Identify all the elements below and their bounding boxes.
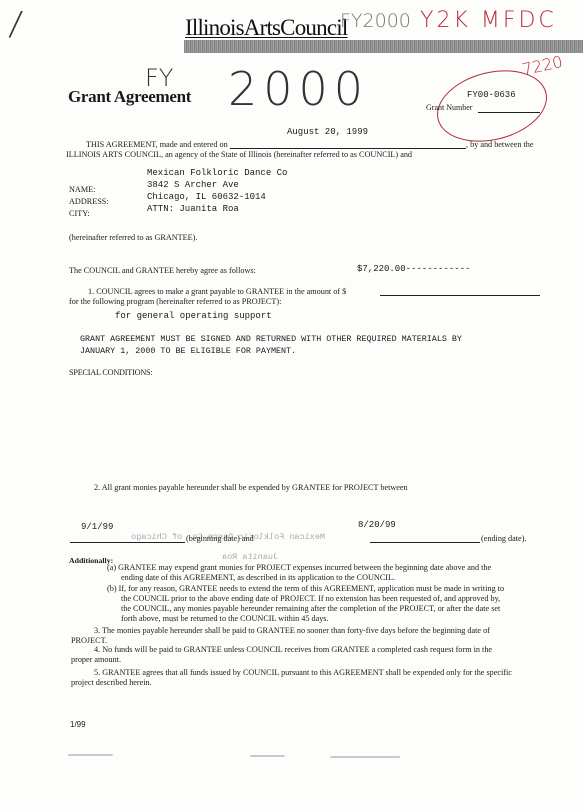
handwritten-fy2000-pencil: FY2000	[340, 10, 411, 32]
intro-line-2: ILLINOIS ARTS COUNCIL, an agency of the …	[66, 150, 412, 161]
grantee-city: Chicago, IL 60632-1014	[147, 192, 266, 202]
clause-4-line-1: 4. No funds will be paid to GRANTEE unle…	[94, 645, 492, 656]
clause-2b-line-4: forth above, must be returned to the COU…	[121, 614, 329, 625]
notice-line-2: JANUARY 1, 2000 TO BE ELIGIBLE FOR PAYME…	[80, 346, 296, 356]
ending-date-line	[370, 542, 480, 543]
clause-1b: for the following program (hereinafter r…	[69, 297, 281, 308]
city-label: CITY:	[69, 209, 90, 220]
name-label: NAME:	[69, 185, 95, 196]
ending-date-value: 8/20/99	[358, 520, 396, 530]
intro-line-1b: , by and between the	[466, 140, 534, 151]
intro-line-1a: THIS AGREEMENT, made and entered on	[86, 140, 228, 151]
clause-4-line-2: proper amount.	[71, 655, 121, 666]
beginning-date-line	[70, 542, 185, 543]
notice-line-1: GRANT AGREEMENT MUST BE SIGNED AND RETUR…	[80, 334, 462, 344]
clause-2b-line-2: the COUNCIL prior to the above ending da…	[121, 594, 500, 605]
handwritten-y2k-mfdc: Y2K MFDC	[420, 8, 557, 33]
clause-2a-line-2: ending date of this AGREEMENT, as descri…	[121, 573, 395, 584]
program-description: for general operating support	[115, 311, 272, 321]
grant-number-value: FY00-0636	[467, 90, 516, 100]
handwritten-fy: FY	[145, 64, 173, 92]
grant-amount-line	[380, 295, 540, 296]
illinois-arts-council-logo: IllinoisArtsCouncil	[185, 15, 347, 41]
special-conditions-heading: SPECIAL CONDITIONS:	[69, 368, 152, 379]
agreement-date: August 20, 1999	[287, 127, 368, 137]
ending-date-label: (ending date).	[481, 534, 526, 545]
scan-artifact-3	[330, 756, 400, 758]
grant-number-label: Grant Number	[426, 103, 472, 112]
scan-artifact-2	[250, 755, 285, 757]
handwritten-slash-mark: /	[7, 3, 24, 44]
clause-2b-line-1: (b) If, for any reason, GRANTEE needs to…	[107, 584, 504, 595]
clause-2: 2. All grant monies payable hereunder sh…	[94, 483, 408, 494]
grant-number-line	[478, 112, 540, 113]
handwritten-2000: 2000	[228, 62, 369, 116]
beginning-date-value: 9/1/99	[81, 522, 113, 532]
agreement-date-line	[230, 148, 466, 149]
grantee-reference: (hereinafter referred to as GRANTEE).	[69, 233, 197, 244]
agree-intro: The COUNCIL and GRANTEE hereby agree as …	[69, 266, 256, 277]
header-banner-bar	[184, 40, 583, 53]
address-label: ADDRESS:	[69, 197, 109, 208]
clause-5-line-2: project described herein.	[71, 678, 152, 689]
bleed-through-text-2: Juanita Roa	[222, 552, 278, 562]
form-revision-code: 1/99	[70, 720, 86, 729]
scan-artifact-1	[68, 754, 113, 756]
beginning-date-label: (beginning date) and	[186, 534, 254, 545]
grantee-address: 3842 S Archer Ave	[147, 180, 239, 190]
clause-1a: 1. COUNCIL agrees to make a grant payabl…	[88, 287, 346, 298]
clause-5-line-1: 5. GRANTEE agrees that all funds issued …	[94, 668, 512, 679]
grantee-name: Mexican Folkloric Dance Co	[147, 168, 287, 178]
grantee-attn: ATTN: Juanita Roa	[147, 204, 239, 214]
clause-2a-line-1: (a) GRANTEE may expend grant monies for …	[107, 563, 491, 574]
grant-amount: $7,220.00------------	[357, 264, 470, 274]
clause-3-line-1: 3. The monies payable hereunder shall be…	[94, 626, 490, 637]
clause-2b-line-3: the COUNCIL, any monies payable hereunde…	[121, 604, 500, 615]
